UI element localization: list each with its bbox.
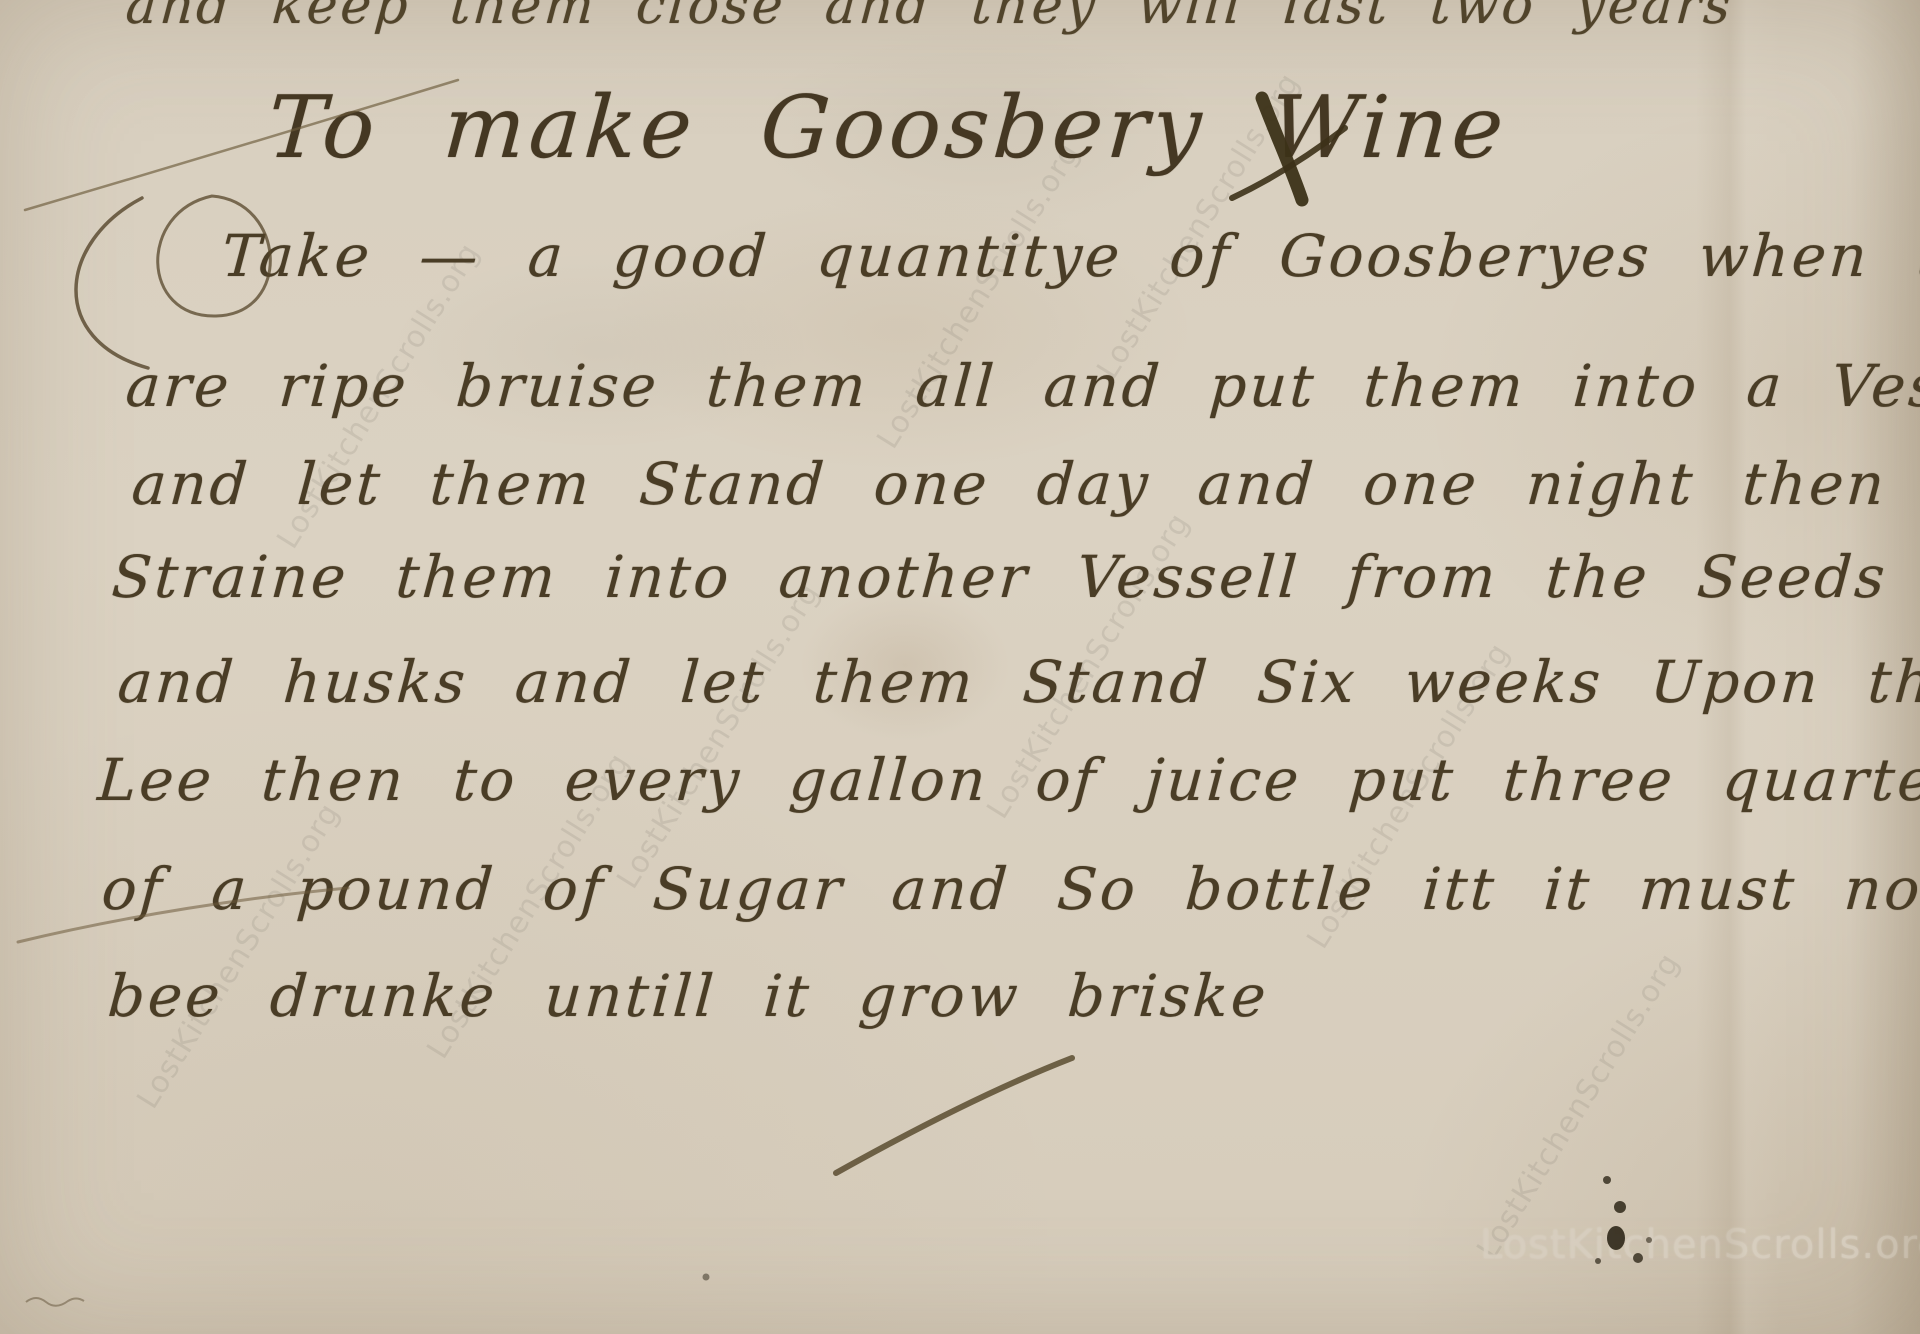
recipe-line-3: and let them Stand one day and one night… bbox=[130, 450, 1890, 518]
corner-scribble bbox=[26, 1298, 84, 1306]
recipe-line-7: of a pound of Sugar and So bottle itt it… bbox=[100, 855, 1920, 923]
end-of-recipe-stroke bbox=[836, 1058, 1072, 1173]
left-margin-flourish bbox=[76, 198, 148, 368]
watermark-text: LostKitchenScrolls.org bbox=[610, 577, 827, 895]
recipe-line-6: Lee then to every gallon of juice put th… bbox=[96, 746, 1920, 814]
watermark-text: LostKitchenScrolls.org bbox=[1470, 947, 1687, 1265]
watermark-text: LostKitchenScrolls.org bbox=[130, 797, 347, 1115]
recipe-line-8: bee drunke untill it grow briske bbox=[106, 962, 1271, 1030]
recipe-line-5: and husks and let them Stand Six weeks U… bbox=[116, 648, 1920, 716]
recipe-title: To make Goosbery Wine bbox=[265, 78, 1511, 178]
manuscript-page: LostKitchenScrolls.org LostKitchenScroll… bbox=[0, 0, 1920, 1334]
previous-recipe-fragment: and keep them close and they will last t… bbox=[124, 0, 1735, 36]
recipe-line-4: Straine them into another Vessell from t… bbox=[110, 543, 1890, 611]
recipe-line-2: are ripe bruise them all and put them in… bbox=[124, 352, 1920, 420]
recipe-line-1: Take — a good quantitye of Goosberyes wh… bbox=[220, 222, 1920, 290]
